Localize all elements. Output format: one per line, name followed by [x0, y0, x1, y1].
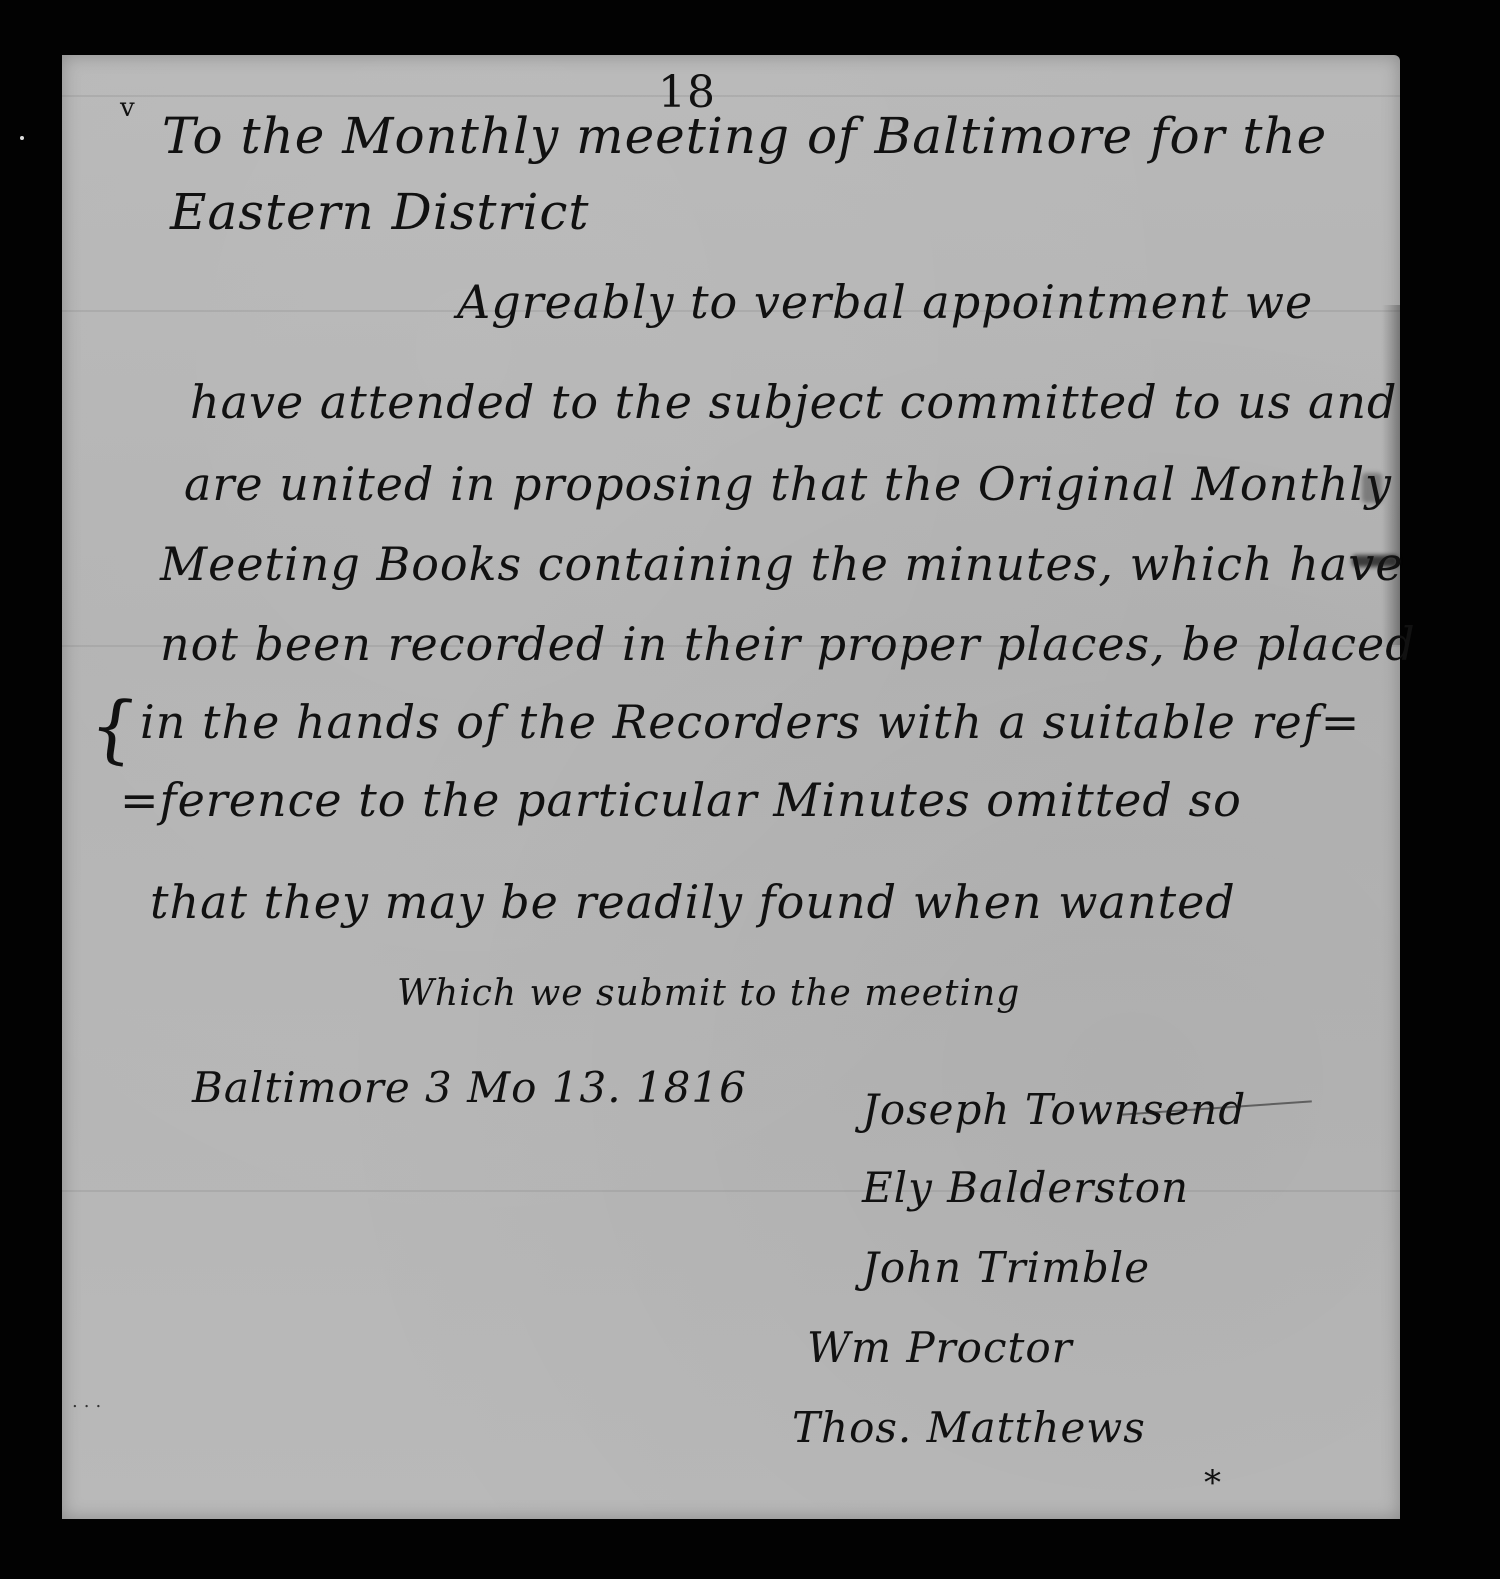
margin-bracket-mark: { [84, 682, 144, 774]
scan-artifact [20, 136, 24, 140]
signature-john-trimble: John Trimble [862, 1243, 1150, 1292]
body-line-3: are united in proposing that the Origina… [184, 457, 1392, 511]
body-line-6: in the hands of the Recorders with a sui… [140, 695, 1360, 749]
signature-thos-matthews: Thos. Matthews [792, 1403, 1146, 1452]
address-line-1: To the Monthly meeting of Baltimore for … [162, 107, 1327, 165]
margin-dots: ... [72, 1391, 107, 1412]
fold-line [62, 1190, 1400, 1192]
body-line-4: Meeting Books containing the minutes, wh… [160, 537, 1404, 591]
body-line-1: Agreably to verbal appointment we [457, 275, 1313, 329]
body-line-7: =ference to the particular Minutes omitt… [120, 773, 1242, 827]
address-line-2: Eastern District [170, 183, 589, 241]
manuscript-page: 18 v To the Monthly meeting of Baltimore… [62, 55, 1400, 1519]
margin-tick-mark: v [120, 93, 136, 123]
body-line-5: not been recorded in their proper places… [160, 617, 1416, 671]
fold-line [62, 95, 1400, 97]
signature-ely-balderston: Ely Balderston [862, 1163, 1189, 1212]
signature-wm-proctor: Wm Proctor [807, 1323, 1073, 1372]
body-line-2: have attended to the subject committed t… [190, 375, 1397, 429]
body-line-8: that they may be readily found when want… [150, 875, 1236, 929]
ink-smudge [1362, 473, 1382, 503]
place-date: Baltimore 3 Mo 13. 1816 [192, 1063, 747, 1112]
star-mark: * [1204, 1463, 1222, 1503]
ink-smudge [1352, 555, 1398, 567]
closing-line: Which we submit to the meeting [397, 973, 1020, 1014]
